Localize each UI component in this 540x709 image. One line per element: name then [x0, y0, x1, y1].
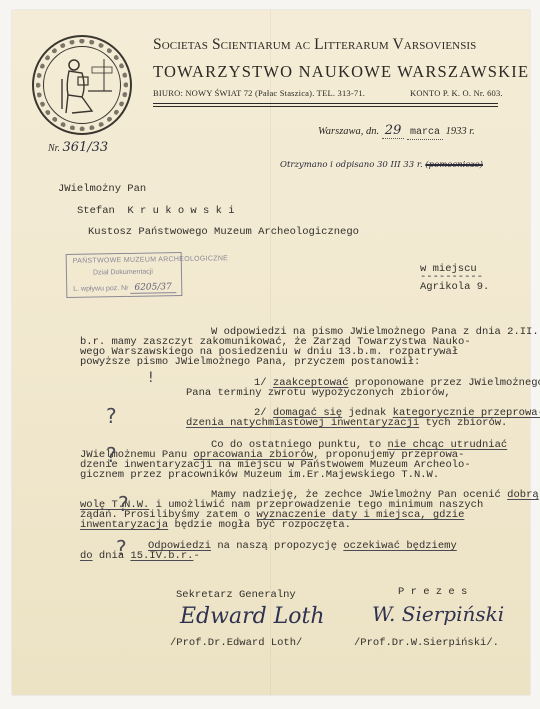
secretary-role: Sekretarz Generalny: [176, 590, 296, 601]
received-note: Otrzymano i odpisano 30 III 33 r. (pomoc…: [280, 160, 483, 170]
p4-emphasis: oczekiwać będziemy: [343, 540, 456, 552]
bank-account: KONTO P. K. O. Nr. 603.: [410, 88, 503, 98]
day: 29: [382, 123, 405, 139]
seated-figure-icon: [52, 51, 116, 121]
p4-text: -: [193, 550, 199, 562]
reference-number: Nr. 361/33: [48, 140, 108, 155]
item-2-emphasis-3: dzenia natychmiastowej inwentaryzacji: [186, 417, 419, 429]
paragraph-1-line-4: powyższe pismo JWielmożnego Pana, przycz…: [80, 357, 420, 368]
p4-text: na naszą propozycję: [211, 540, 343, 552]
p4-emphasis: 15.IV.b.r.: [130, 550, 193, 562]
latin-society-name: Societas Scientiarum ac Litterarum Varso…: [153, 36, 476, 54]
item-2-line-2: dzenia natychmiastowej inwentaryzacji ty…: [186, 418, 507, 429]
president-role: P r e z e s: [398, 587, 467, 598]
margin-question-mark: ?: [116, 536, 127, 560]
recipient-title: Kustosz Państwowego Muzeum Archeologiczn…: [88, 227, 359, 238]
recipient-salutation: JWielmożny Pan: [58, 184, 146, 195]
recipient-name: Stefan K r u k o w s k i: [77, 206, 235, 217]
month: marca: [407, 128, 443, 140]
secretary-signature: Edward Loth: [180, 604, 325, 629]
place-prefix: Warszawa, dn.: [318, 126, 379, 137]
margin-question-mark: ?: [106, 443, 117, 467]
letterhead-rule-bottom: [153, 106, 498, 107]
stamp-entry-number: 6205/37: [130, 282, 176, 294]
society-name: TOWARZYSTWO NAUKOWE WARSZAWSKIE: [153, 62, 529, 82]
society-seal-icon: [32, 35, 132, 135]
received-note-struck: (pomocnicze): [425, 160, 483, 170]
president-name: /Prof.Dr.W.Sierpiński/.: [354, 638, 499, 649]
p3-emphasis: dobrą: [507, 489, 539, 501]
paragraph-4-line-2: do dnia 15.IV.b.r.-: [80, 551, 200, 562]
president-signature: W. Sierpiński: [372, 602, 504, 626]
received-note-text: Otrzymano i odpisano 30 III 33 r.: [280, 160, 423, 170]
stamp-line-3: L. wpływu poz. Nr 6205/37: [73, 282, 176, 294]
secretary-name: /Prof.Dr.Edward Loth/: [170, 638, 302, 649]
letterhead-rule-top: [153, 103, 498, 104]
year-suffix: r.: [469, 126, 475, 137]
stamp-entry-label: L. wpływu poz. Nr: [73, 285, 128, 293]
item-2-text-2: tych zbiorów.: [419, 417, 507, 429]
p4-emphasis: do: [80, 550, 93, 562]
museum-registry-stamp: PAŃSTWOWE MUZEUM ARCHEOLOGICZNE Dział Do…: [66, 252, 183, 298]
stamp-line-2: Dział Dokumentacji: [93, 268, 153, 276]
margin-question-mark: ?: [106, 404, 117, 428]
number-value: 361/33: [62, 140, 108, 155]
margin-question-mark: ?: [118, 492, 129, 516]
recipient-street: Agrikola 9.: [420, 282, 489, 293]
margin-exclamation-mark: !: [148, 370, 154, 386]
date-line: Warszawa, dn. 29 marca 1933 r.: [318, 123, 475, 140]
year: 1933: [446, 126, 467, 137]
p3-emphasis: inwentaryzacja: [80, 519, 168, 531]
number-prefix: Nr.: [48, 143, 60, 154]
p3-text: będzie mogła być rozpoczęta.: [168, 519, 351, 531]
paragraph-2-line-4: gicznem przez pracowników Muzeum im.Er.M…: [80, 470, 439, 481]
item-1-line-2: Pana terminy zwrotu wypożyczonych zbioró…: [186, 388, 451, 399]
paragraph-3-line-4: inwentaryzacja będzie mogła być rozpoczę…: [80, 520, 351, 531]
office-address: BIURO: NOWY ŚWIAT 72 (Pałac Staszica). T…: [153, 88, 365, 98]
